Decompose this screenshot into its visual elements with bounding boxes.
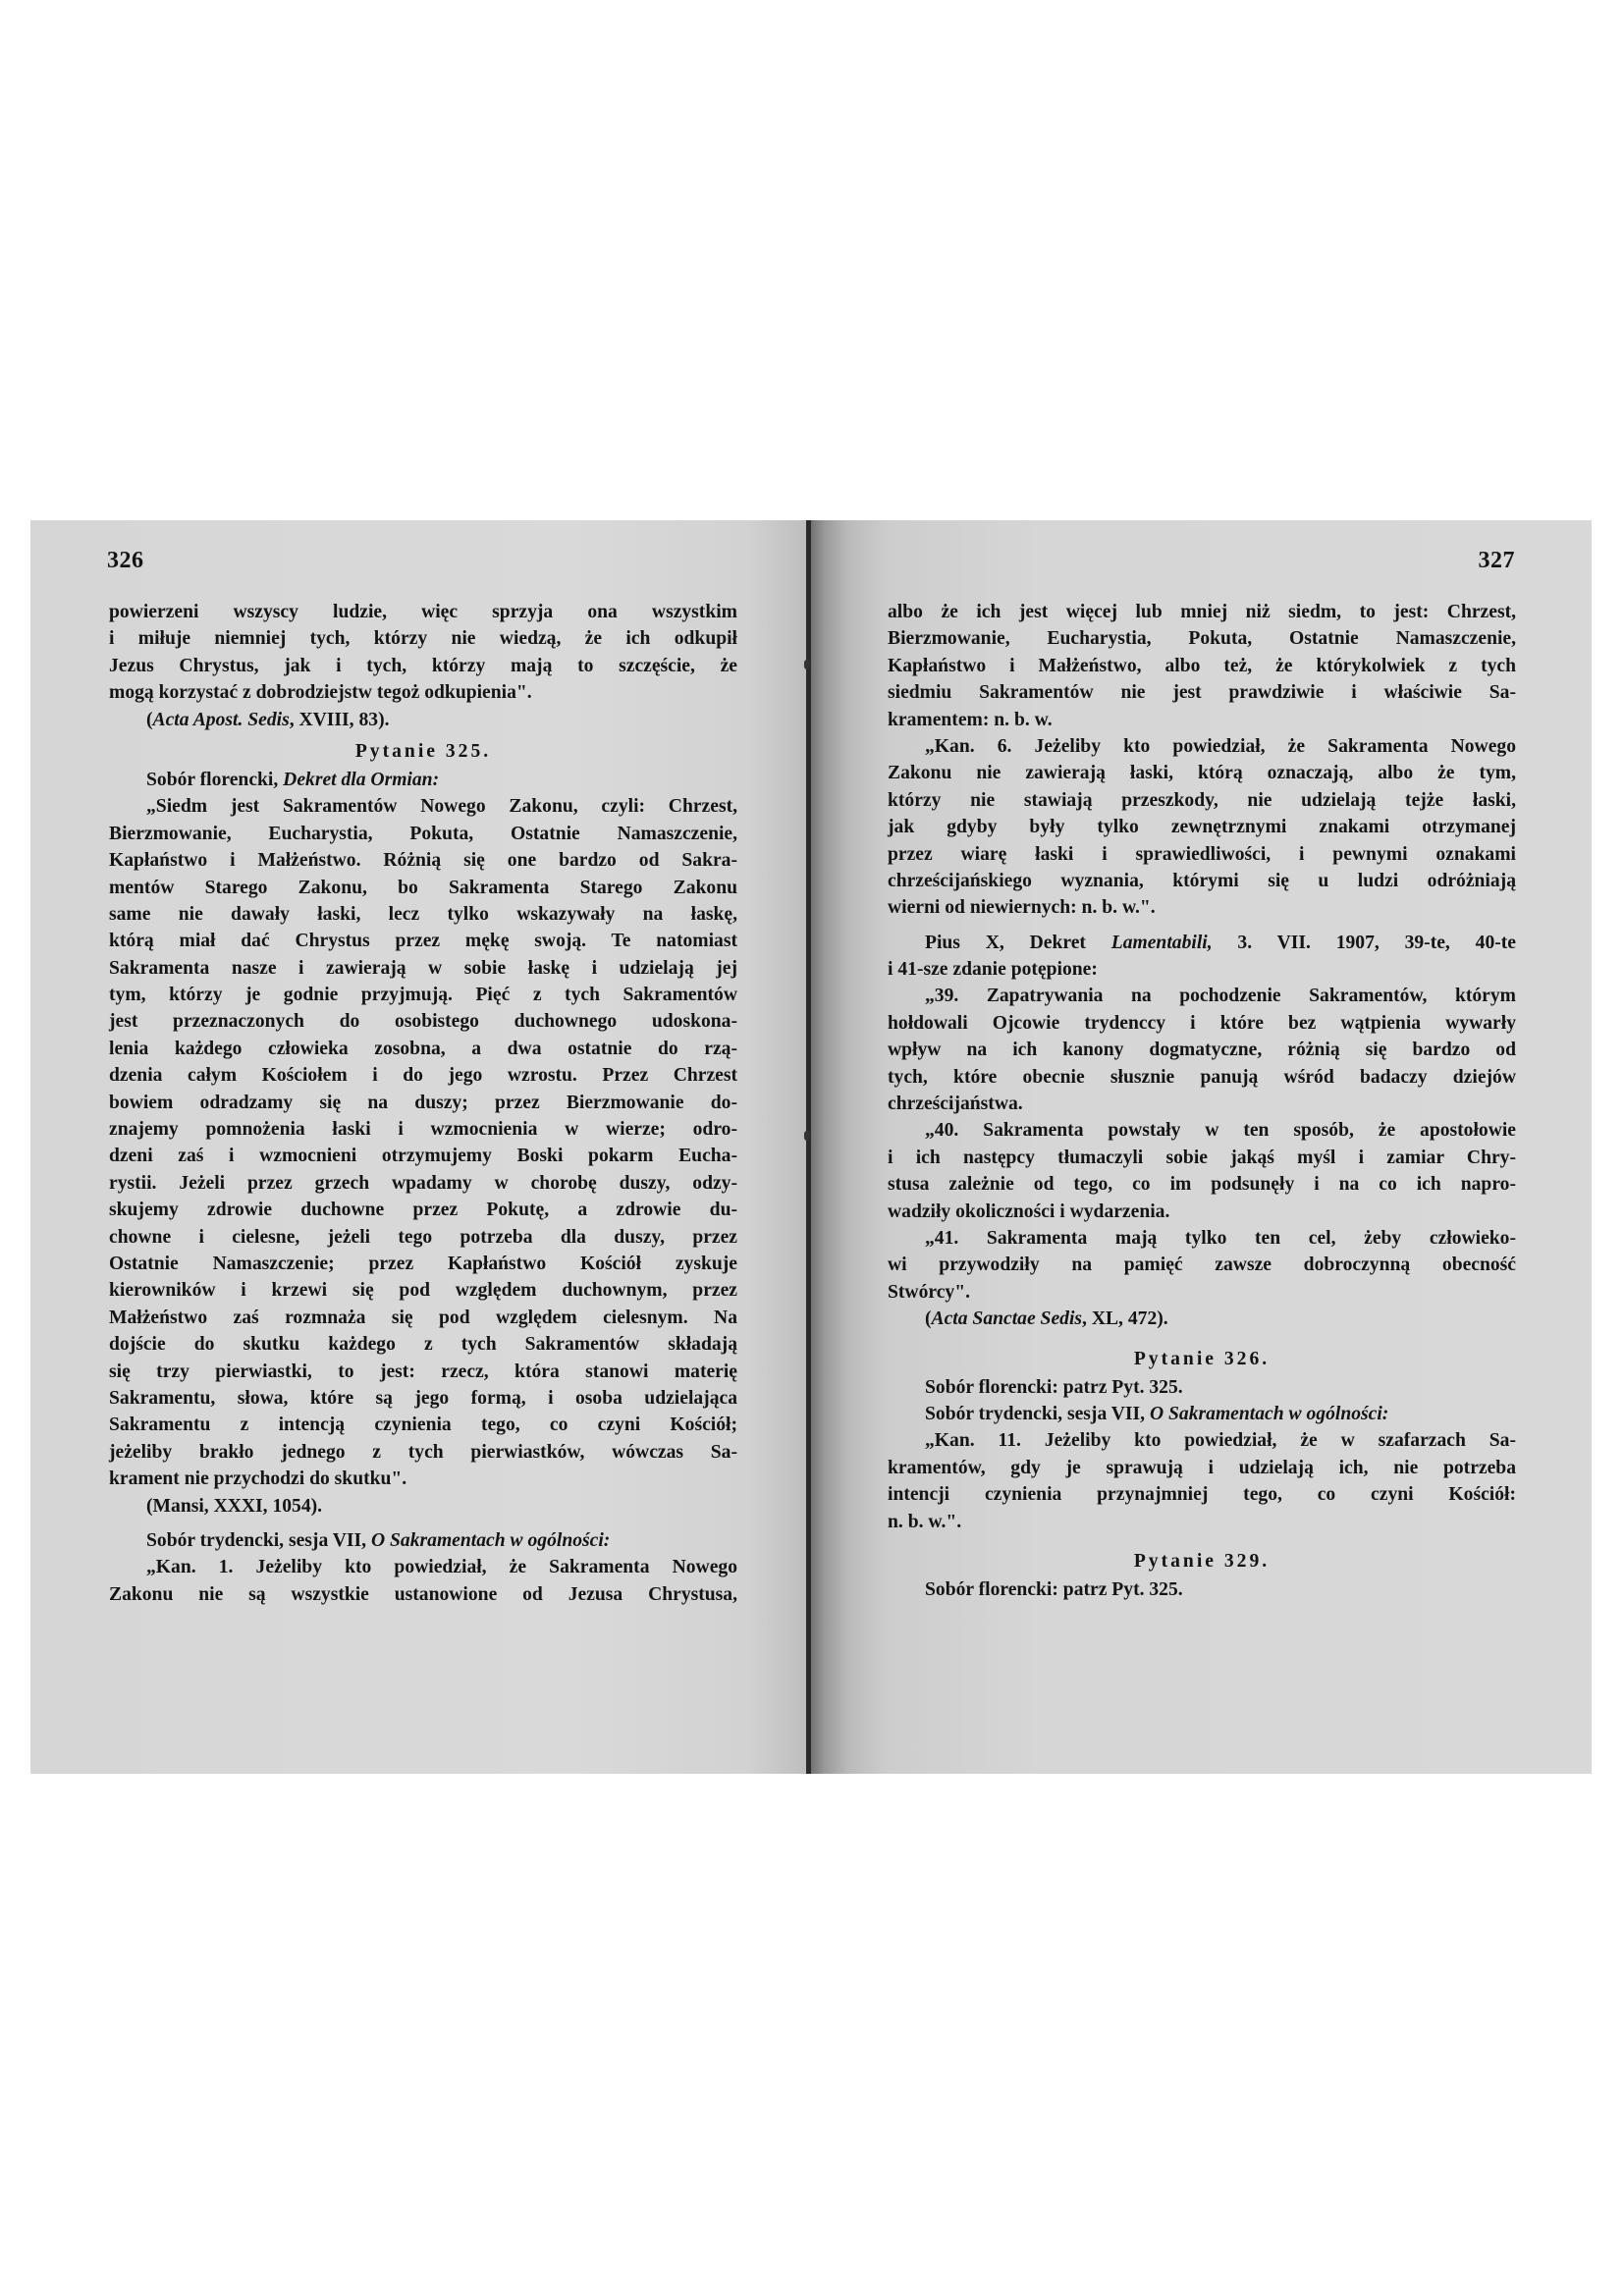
text-line: „Kan. 11. Jeżeliby kto powiedział, że w …: [888, 1427, 1516, 1454]
page-text: albo że ich jest więcej lub mniej niż si…: [888, 599, 1516, 1603]
text-line: „Kan. 6. Jeżeliby kto powiedział, że Sak…: [888, 733, 1516, 760]
text-line: Małżeństwo zaś rozmnaża się pod względem…: [109, 1305, 737, 1331]
text-line: „Kan. 1. Jeżeliby kto powiedział, że Sak…: [109, 1554, 737, 1580]
text-line: chrześcijańskiego wyznania, którymi się …: [888, 868, 1516, 894]
text-line: i ich następcy tłumaczyli sobie jakąś my…: [888, 1145, 1516, 1171]
spacer: [109, 1520, 737, 1527]
page-text: powierzeni wszyscy ludzie, więc sprzyja …: [109, 599, 737, 1608]
text-line: dojście do skutku każdego z tych Sakrame…: [109, 1331, 737, 1358]
text-line: albo że ich jest więcej lub mniej niż si…: [888, 599, 1516, 625]
text-line: chowne i cielesne, jeżeli tego potrzeba …: [109, 1224, 737, 1251]
text-line: Bierzmowanie, Eucharystia, Pokuta, Ostat…: [888, 625, 1516, 652]
text-line: Jezus Chrystus, jak i tych, którzy mają …: [109, 653, 737, 679]
text-line: Sobór florencki, Dekret dla Ormian:: [109, 767, 737, 793]
page-number: 326: [107, 548, 144, 574]
text-line: przez wiarę łaski i sprawiedliwości, i p…: [888, 841, 1516, 868]
text-line: Zakonu nie są wszystkie ustanowione od J…: [109, 1581, 737, 1608]
text-line: Stwórcy".: [888, 1279, 1516, 1306]
section-heading: Pytanie 329.: [888, 1547, 1516, 1576]
left-page: 326 powierzeni wszyscy ludzie, więc sprz…: [30, 520, 809, 1774]
text-line: „41. Sakramenta mają tylko ten cel, żeby…: [888, 1225, 1516, 1252]
book-scan: 326 powierzeni wszyscy ludzie, więc sprz…: [30, 520, 1592, 1774]
text-line: Zakonu nie zawierają łaski, którą oznacz…: [888, 760, 1516, 786]
text-line: jest przeznaczonych do osobistego duchow…: [109, 1008, 737, 1035]
text-line: „39. Zapatrywania na pochodzenie Sakrame…: [888, 983, 1516, 1009]
text-line: kramentów, gdy je sprawują i udzielają i…: [888, 1455, 1516, 1481]
text-line: powierzeni wszyscy ludzie, więc sprzyja …: [109, 599, 737, 625]
text-line: kierowników i krzewi się pod względem du…: [109, 1277, 737, 1304]
text-line: Sakramentu z intencją czynienia tego, co…: [109, 1412, 737, 1438]
text-line: jak gdyby były tylko zewnętrznymi znakam…: [888, 814, 1516, 840]
section-heading: Pytanie 326.: [888, 1345, 1516, 1374]
text-line: wpływ na ich kanony dogmatyczne, różnią …: [888, 1037, 1516, 1063]
text-line: dzeni zaś i wzmocnieni otrzymujemy Boski…: [109, 1143, 737, 1169]
text-line: „Siedm jest Sakramentów Nowego Zakonu, c…: [109, 793, 737, 820]
text-line: kramentem: n. b. w.: [888, 707, 1516, 733]
text-line: wadziły okoliczności i wydarzenia.: [888, 1199, 1516, 1225]
text-line: siedmiu Sakramentów nie jest prawdziwie …: [888, 679, 1516, 706]
text-line: wi przywodziły na pamięć zawsze dobroczy…: [888, 1252, 1516, 1278]
spacer: [888, 1333, 1516, 1341]
text-line: się trzy pierwiastki, to jest: rzecz, kt…: [109, 1359, 737, 1385]
text-line: chrześcijaństwa.: [888, 1091, 1516, 1117]
text-line: mogą korzystać z dobrodziejstw tegoż odk…: [109, 679, 737, 706]
text-line: rystii. Jeżeli przez grzech wpadamy w ch…: [109, 1170, 737, 1197]
text-line: i miłuje niemniej tych, którzy nie wiedz…: [109, 625, 737, 652]
text-line: Sakramenta nasze i zawierają w sobie łas…: [109, 955, 737, 982]
text-line: Sobór florencki: patrz Pyt. 325.: [888, 1576, 1516, 1603]
text-line: i 41-sze zdanie potępione:: [888, 956, 1516, 983]
section-heading: Pytanie 325.: [109, 737, 737, 767]
text-line: n. b. w.".: [888, 1509, 1516, 1535]
text-line: (Acta Apost. Sedis, XVIII, 83).: [109, 707, 737, 733]
text-line: mentów Starego Zakonu, bo Sakramenta Sta…: [109, 875, 737, 901]
text-line: znajemy pomnożenia łaski i wzmocnienia w…: [109, 1116, 737, 1143]
text-line: dzenia całym Kościołem i do jego wzrostu…: [109, 1062, 737, 1089]
text-line: intencji czynienia przynajmniej tego, co…: [888, 1481, 1516, 1508]
right-page: 327 albo że ich jest więcej lub mniej ni…: [809, 520, 1592, 1774]
text-line: skujemy zdrowie duchowne przez Pokutę, a…: [109, 1197, 737, 1223]
text-line: Sobór trydencki, sesja VII, O Sakramenta…: [888, 1401, 1516, 1427]
text-line: tym, którzy je godnie przyjmują. Pięć z …: [109, 982, 737, 1008]
text-line: którą miał dać Chrystus przez mękę swoją…: [109, 928, 737, 954]
text-line: lenia każdego człowieka zosobna, a dwa o…: [109, 1036, 737, 1062]
text-line: jeżeliby brakło jednego z tych pierwiast…: [109, 1439, 737, 1466]
text-line: wierni od niewiernych: n. b. w.".: [888, 894, 1516, 921]
text-line: Pius X, Dekret Lamentabili, 3. VII. 1907…: [888, 930, 1516, 956]
text-line: Bierzmowanie, Eucharystia, Pokuta, Ostat…: [109, 821, 737, 847]
text-line: Ostatnie Namaszczenie; przez Kapłaństwo …: [109, 1251, 737, 1277]
text-line: (Mansi, XXXI, 1054).: [109, 1493, 737, 1520]
text-line: Sobór trydencki, sesja VII, O Sakramenta…: [109, 1527, 737, 1554]
text-line: Kapłaństwo i Małżeństwo. Różnią się one …: [109, 847, 737, 874]
text-line: bowiem odradzamy się na duszy; przez Bie…: [109, 1090, 737, 1116]
book-spine: [806, 520, 811, 1774]
text-line: Sobór florencki: patrz Pyt. 325.: [888, 1374, 1516, 1401]
binding-mark: [804, 660, 810, 669]
text-line: tych, które obecnie słusznie panują wśró…: [888, 1064, 1516, 1091]
text-line: hołdowali Ojcowie trydenccy i które bez …: [888, 1010, 1516, 1037]
text-line: same nie dawały łaski, lecz tylko wskazy…: [109, 901, 737, 928]
text-line: Kapłaństwo i Małżeństwo, albo też, że kt…: [888, 653, 1516, 679]
page-number: 327: [1479, 548, 1516, 574]
text-line: „40. Sakramenta powstały w ten sposób, ż…: [888, 1117, 1516, 1144]
text-line: którzy nie stawiają przeszkody, nie udzi…: [888, 787, 1516, 814]
text-line: stusa zależnie od tego, co im podsunęły …: [888, 1171, 1516, 1198]
text-line: (Acta Sanctae Sedis, XL, 472).: [888, 1306, 1516, 1332]
text-line: krament nie przychodzi do skutku".: [109, 1466, 737, 1492]
binding-mark: [804, 1131, 810, 1141]
text-line: Sakramentu, słowa, które są jego formą, …: [109, 1385, 737, 1412]
spacer: [888, 922, 1516, 930]
spacer: [888, 1535, 1516, 1543]
